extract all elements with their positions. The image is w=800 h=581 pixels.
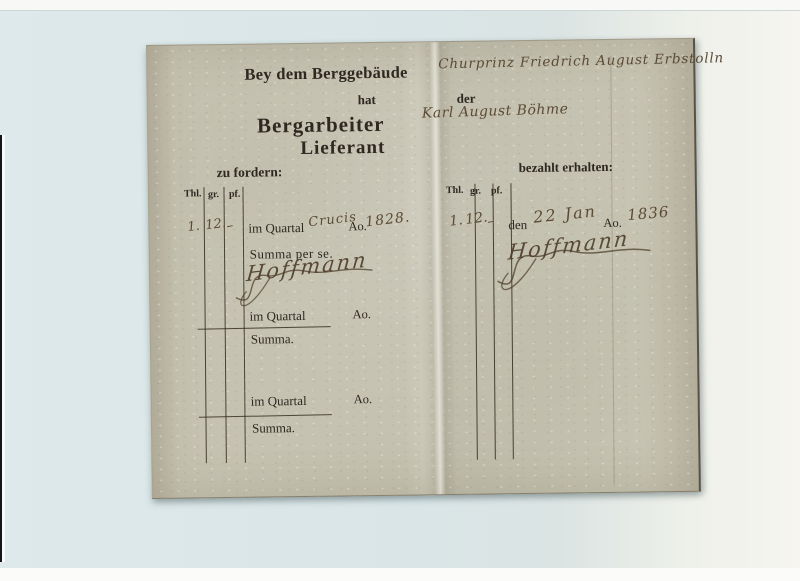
left-col-header-thaler: Thl. bbox=[184, 189, 202, 199]
scan-bottom-strip bbox=[0, 568, 800, 581]
right-row1-date-handwritten: 22 Jan bbox=[533, 203, 598, 225]
left-row1-quartal-label: im Quartal bbox=[248, 221, 304, 235]
left-row3-summa-label: Summa. bbox=[252, 421, 295, 435]
left-column-rule-3 bbox=[242, 187, 246, 463]
left-row2-summa-label: Summa. bbox=[251, 332, 294, 346]
page-press-line bbox=[610, 56, 614, 484]
left-row2-anno-label: Ao. bbox=[352, 308, 371, 321]
right-row1-pfennig-value: – bbox=[486, 214, 495, 229]
left-row1-year-handwritten: 1828. bbox=[365, 210, 411, 229]
left-col-header-groschen: gr. bbox=[208, 190, 219, 200]
left-row1-groschen-value: 12. bbox=[205, 217, 227, 232]
right-col-header-thaler: Thl. bbox=[446, 186, 464, 196]
scan-top-strip bbox=[0, 0, 800, 11]
booklet-spread: Bey dem Berggebäude hat Bergarbeiter Lie… bbox=[146, 38, 701, 499]
scan-left-edge-highlight bbox=[2, 135, 5, 562]
left-row2-sum-rule bbox=[198, 326, 331, 330]
right-section-label: bezahlt erhalten: bbox=[519, 160, 613, 174]
left-heading-line2: hat bbox=[358, 93, 376, 106]
left-heading-line1: Bey dem Berggebäude bbox=[244, 65, 408, 84]
left-row3-quartal-label: im Quartal bbox=[251, 394, 307, 408]
right-row1-thaler-value: 1. bbox=[449, 213, 464, 228]
left-row1-thaler-value: 1. bbox=[187, 220, 201, 234]
right-row1-groschen-value: 12. bbox=[465, 210, 489, 227]
left-row2-quartal-label: im Quartal bbox=[249, 309, 305, 323]
right-mine-name-handwritten: Churprinz Friedrich August Erbstolln bbox=[438, 52, 724, 72]
right-row1-year-handwritten: 1836 bbox=[627, 205, 670, 223]
right-der-label: der bbox=[457, 92, 476, 105]
left-row3-sum-rule bbox=[199, 414, 332, 418]
left-row1-anno-label: Ao. bbox=[348, 220, 367, 233]
left-col-header-pfennig: pf. bbox=[229, 190, 241, 200]
left-heading-line3: Bergarbeiter bbox=[257, 114, 385, 137]
left-heading-line4: Lieferant bbox=[300, 138, 385, 158]
right-worker-name-handwritten: Karl August Böhme bbox=[422, 102, 569, 120]
left-row1-pfennig-value: – bbox=[225, 218, 234, 233]
left-section-label: zu fordern: bbox=[217, 165, 283, 179]
right-row1-den-label: den bbox=[508, 218, 527, 231]
scanned-document-view: Bey dem Berggebäude hat Bergarbeiter Lie… bbox=[0, 0, 800, 581]
left-row3-anno-label: Ao. bbox=[354, 393, 373, 406]
